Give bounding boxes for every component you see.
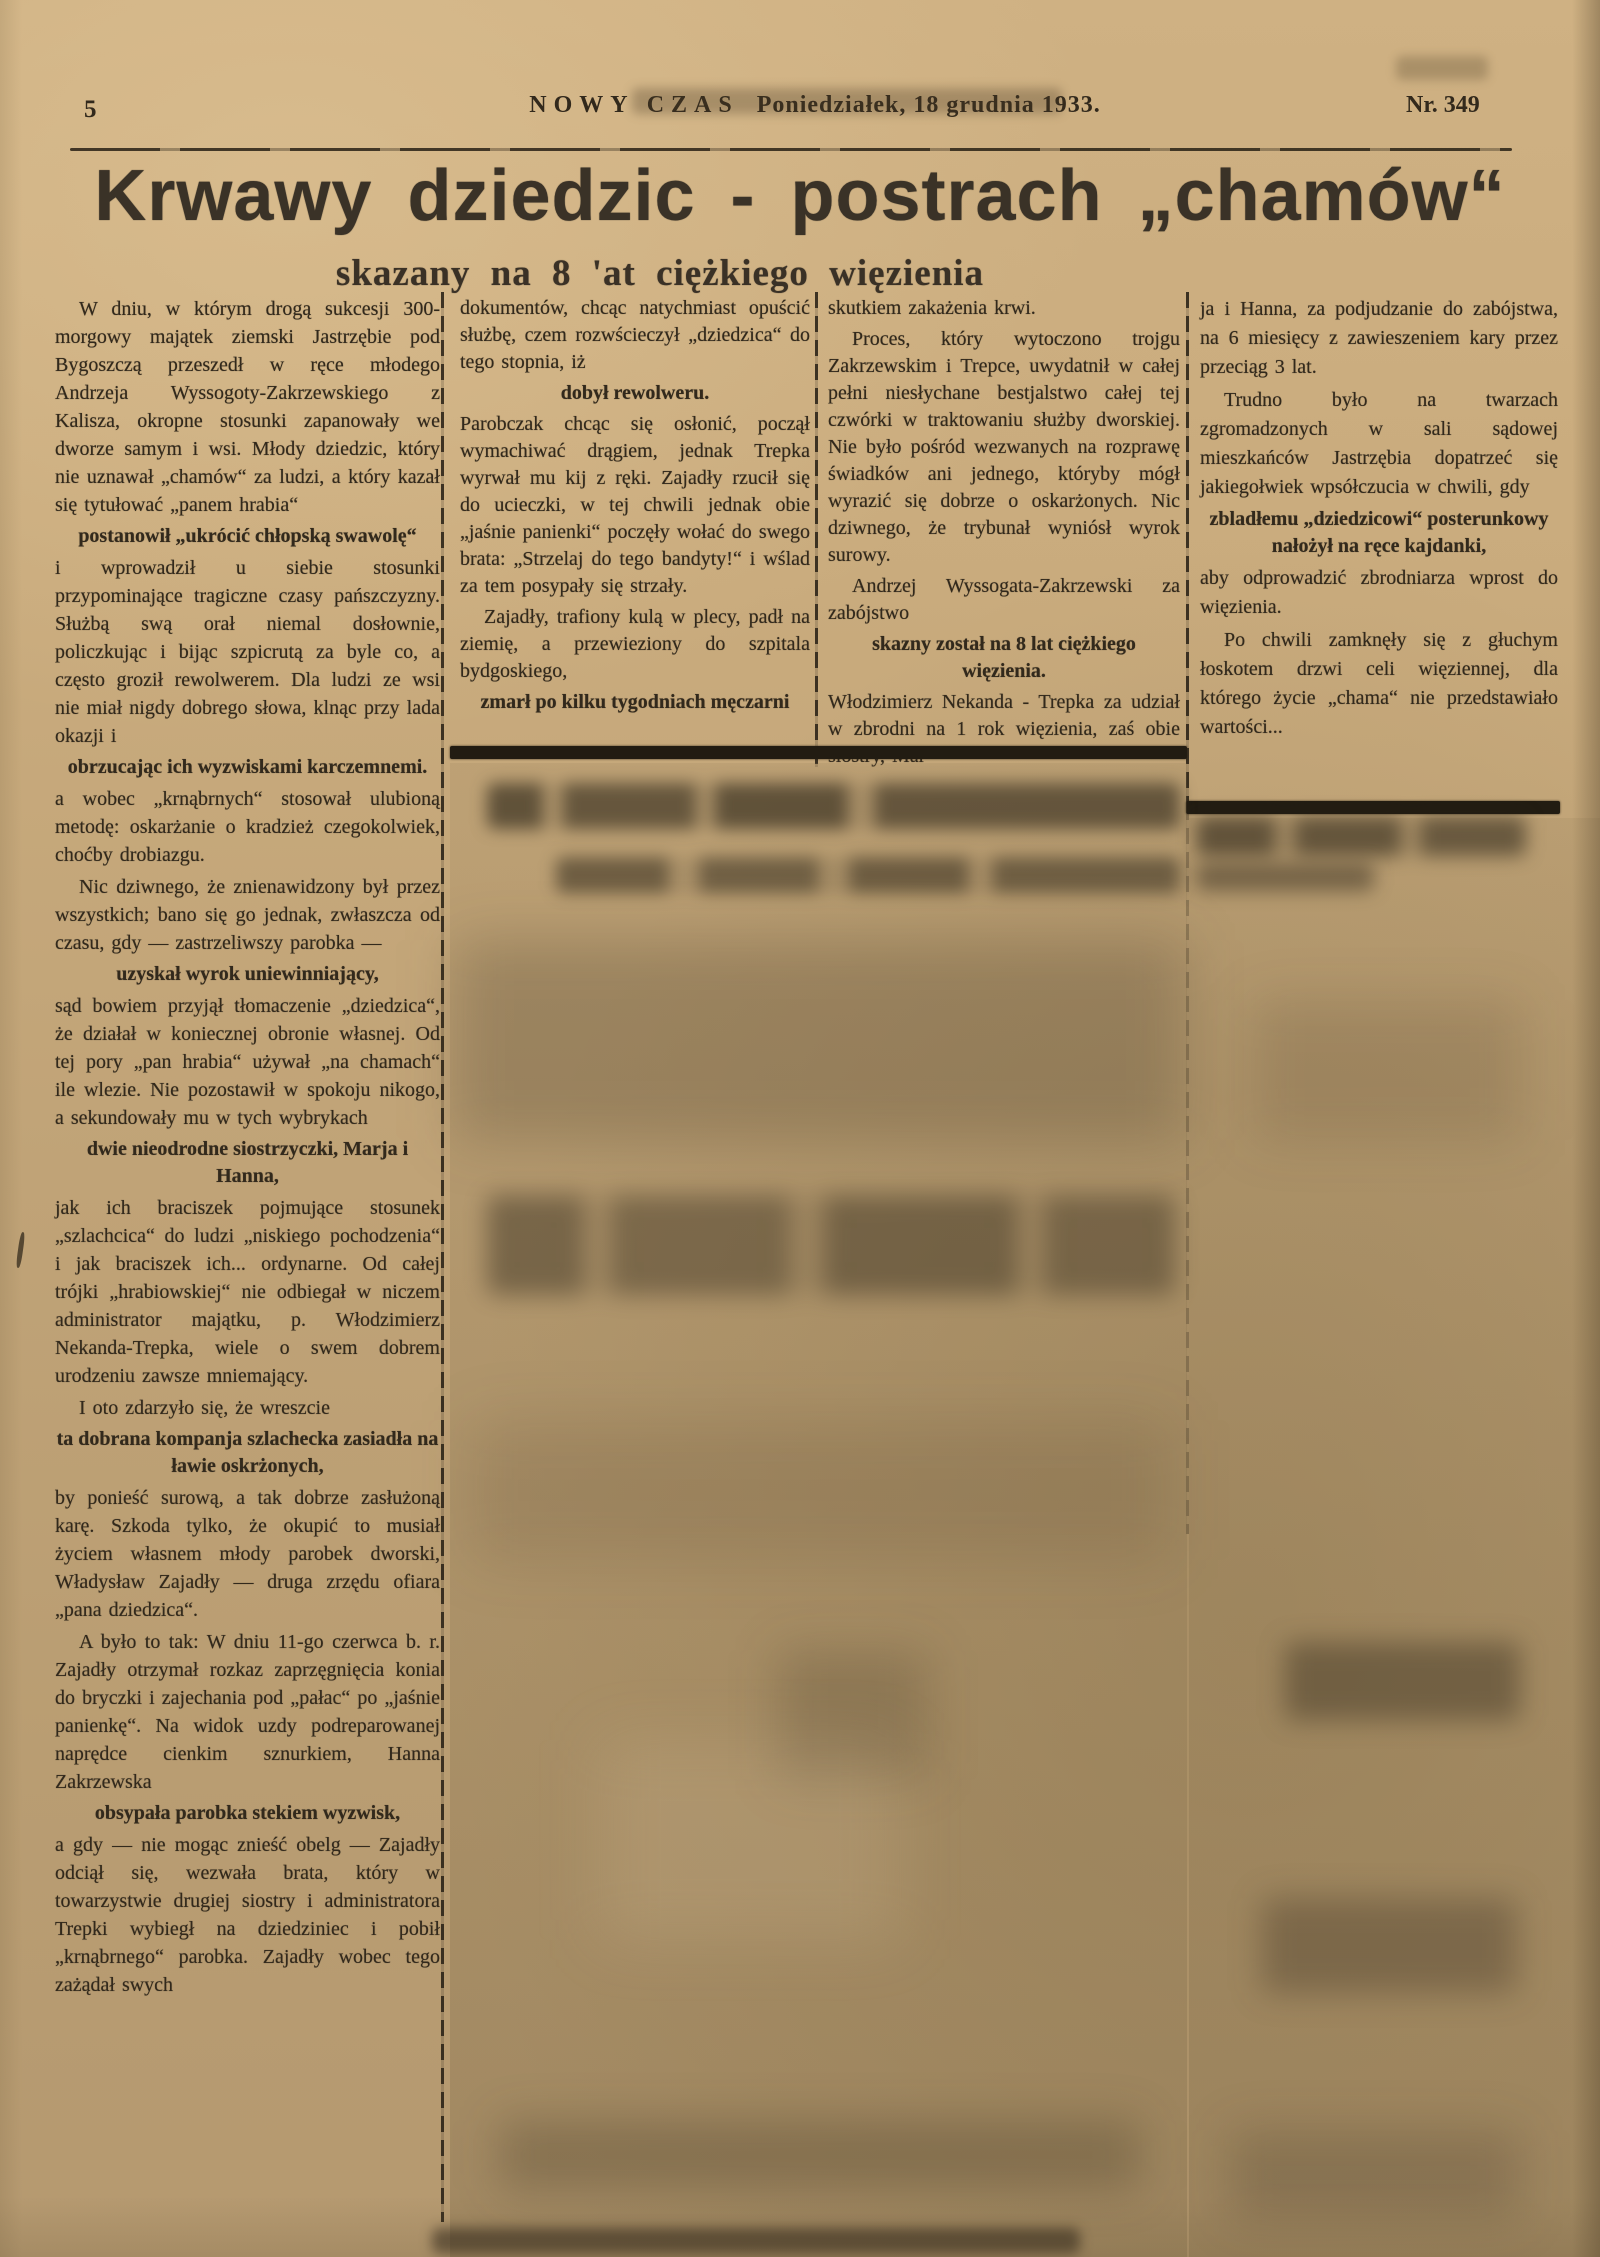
crosshead: postanowił „ukrócić chłopską swawolę“ [55,523,440,550]
blurred-headline-line [487,783,1180,829]
body-paragraph: dokumentów, chcąc natychmiast opuścić sł… [460,295,810,376]
blurred-headline-line [1196,816,1526,856]
section-rule [1186,801,1560,814]
blurred-light-patch [600,1740,900,1940]
body-paragraph: i wprowadził u siebie stosunki przypomin… [55,554,440,750]
body-paragraph: by ponieść surową, a tak dobrze zasłużon… [55,1484,440,1624]
column-divider [815,292,818,767]
body-paragraph: Nic dziwnego, że znienawidzony był przez… [55,873,440,957]
body-paragraph: Proces, który wytoczono trojgu Zakrzewsk… [828,326,1180,569]
body-paragraph: Zajadły, trafiony kulą w plecy, padł na … [460,604,810,685]
crosshead: skazny został na 8 lat ciężkiego więzien… [828,631,1180,685]
body-paragraph: skutkiem zakażenia krwi. [828,295,1180,322]
body-paragraph: a gdy — nie mogąc znieść obelg — Zajadły… [55,1831,440,1999]
body-paragraph: aby odprowadzić zbrodniarza wprost do wi… [1200,564,1558,622]
body-paragraph: W dniu, w którym drogą sukcesji 300-morg… [55,295,440,519]
ghost-print-smudge [632,88,1062,114]
blurred-headline-line [556,857,1180,893]
body-paragraph: Andrzej Wyssogata-Zakrzewski za zabójstw… [828,573,1180,627]
body-paragraph: sąd bowiem przyjął tłomaczenie „dziedzic… [55,992,440,1132]
crosshead: obsypała parobka stekiem wyzwisk, [55,1800,440,1827]
article-subheadline: skazany na 8 'at ciężkiego więzienia [40,252,1280,295]
crosshead: uzyskał wyrok uniewinniający, [55,961,440,988]
crosshead: dwie nieodrodne siostrzyczki, Marja i Ha… [55,1136,440,1190]
newspaper-page: 5 NOWY CZASPoniedziałek, 18 grudnia 1933… [0,0,1600,2257]
blurred-subheadline-block [487,1195,1175,1295]
article-column-3: skutkiem zakażenia krwi. Proces, który w… [828,295,1180,774]
body-paragraph: a wobec „krnąbrnych“ stosował ulubioną m… [55,785,440,869]
body-paragraph: Po chwili zamknęły się z głuchym łoskote… [1200,626,1558,742]
crosshead: zbladłemu „dziedzicowi“ posterunkowy nał… [1200,506,1558,560]
article-column-4: ja i Hanna, za podjudzanie do zabójstwa,… [1200,295,1558,746]
body-paragraph: I oto zdarzyło się, że wreszcie [55,1394,440,1422]
article-column-1: W dniu, w którym drogą sukcesji 300-morg… [55,295,440,2003]
crosshead: zmarł po kilku tygodniach męczarni [460,689,810,716]
blurred-text-patch [1262,1898,1517,1993]
crosshead: obrzucając ich wyzwiskami karczemnemi. [55,754,440,781]
crosshead: ta dobrana kompanja szlachecka zasiadła … [55,1426,440,1480]
blurred-text-mass [470,1420,1170,1560]
page-number: 5 [84,96,97,124]
blurred-text-patch [1285,1642,1520,1720]
body-paragraph: ja i Hanna, za podjudzanie do zabójstwa,… [1200,295,1558,382]
margin-mark [16,1232,26,1268]
blurred-text-mass [1252,1000,1522,1140]
body-paragraph: A było to tak: W dniu 11-go czerwca b. r… [55,1628,440,1796]
crosshead: dobył rewolweru. [460,380,810,407]
section-rule [450,746,1187,759]
ghost-corner-smudge [1396,56,1488,80]
article-column-2: dokumentów, chcąc natychmiast opuścić sł… [460,295,810,720]
body-paragraph: Parobczak chcąc się osłonić, począł wyma… [460,411,810,600]
body-paragraph: Trudno było na twarzach zgromadzonych w … [1200,386,1558,502]
blurred-text-mass [455,940,1185,1140]
blurred-bottom-bar [432,2228,1080,2254]
blurred-text-patch [1230,2130,1520,2220]
article-headline: Krwawy dziedzic - postrach „chamów“ [0,160,1600,232]
blurred-text-patch [500,2120,1140,2190]
column-divider [1186,292,1189,804]
blurred-headline-line [1196,863,1374,891]
header-rule [70,148,1512,151]
issue-number: Nr. 349 [1406,92,1480,119]
body-paragraph: jak ich braciszek pojmujące stosunek „sz… [55,1194,440,1390]
column-divider [441,292,444,2222]
